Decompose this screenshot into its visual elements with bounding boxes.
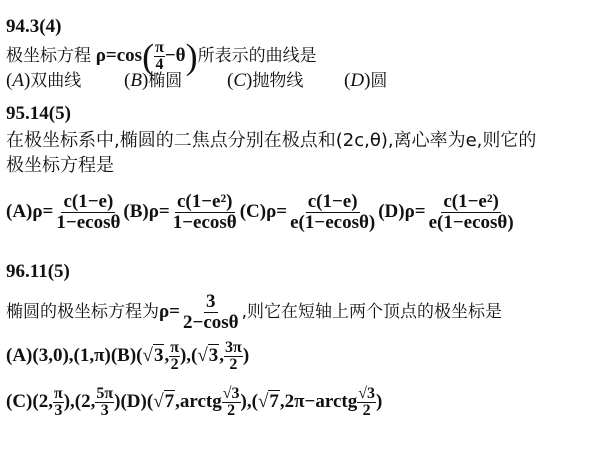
options-row-3a: (A)(3,0),(1,π)(B)(√3,π2),(√3,3π2): [6, 340, 249, 373]
question-id-3: 96.11(5): [6, 261, 70, 283]
stem-prefix: 极坐标方程: [6, 46, 91, 66]
option-d[interactable]: (D)ρ=c(1−e²)e(1−ecosθ): [378, 201, 516, 222]
option-c[interactable]: (C)(2,π3),(2,5π3): [6, 391, 120, 412]
option-b[interactable]: (B)(√3,π2),(√3,3π2): [111, 345, 249, 366]
option-a[interactable]: (A)ρ=c(1−e)1−ecosθ: [6, 201, 123, 222]
option-b[interactable]: (B)椭圆: [124, 70, 227, 92]
option-a[interactable]: (A)(3,0),(1,π): [6, 345, 111, 366]
formula-tail: −θ: [165, 45, 186, 66]
option-b[interactable]: (B)ρ=c(1−e²)1−ecosθ: [123, 201, 239, 222]
question-stem-1: 极坐标方程 ρ=cos(π4−θ)所表示的曲线是: [6, 40, 317, 73]
option-d[interactable]: (D)(√7,arctg√32),(√7,2π−arctg√32): [120, 391, 382, 412]
options-row-1: (A)双曲线(B)椭圆(C)抛物线(D)圆: [6, 70, 387, 92]
question-id-2: 95.14(5): [6, 103, 71, 125]
formula-lhs: ρ=cos: [96, 45, 142, 66]
question-stem-3: 椭圆的极坐标方程为ρ=32−cosθ,则它在短轴上两个顶点的极坐标是: [6, 292, 502, 333]
options-row-3b: (C)(2,π3),(2,5π3)(D)(√7,arctg√32),(√7,2π…: [6, 386, 382, 419]
option-c[interactable]: (C)抛物线: [227, 70, 344, 92]
options-row-2: (A)ρ=c(1−e)1−ecosθ(B)ρ=c(1−e²)1−ecosθ(C)…: [6, 192, 517, 233]
question-stem-2-line2: 极坐标方程是: [6, 155, 114, 177]
option-d[interactable]: (D)圆: [344, 70, 387, 92]
question-stem-2-line1: 在极坐标系中,椭圆的二焦点分别在极点和(2c,θ),离心率为e,则它的: [6, 130, 536, 152]
option-c[interactable]: (C)ρ=c(1−e)e(1−ecosθ): [240, 201, 378, 222]
fraction-3-over-2-cos: 32−cosθ: [181, 292, 241, 333]
fraction-pi-over-4: π4: [154, 40, 165, 73]
option-a[interactable]: (A)双曲线: [6, 70, 124, 92]
stem-suffix: 所表示的曲线是: [198, 46, 317, 66]
question-id-1: 94.3(4): [6, 16, 61, 38]
